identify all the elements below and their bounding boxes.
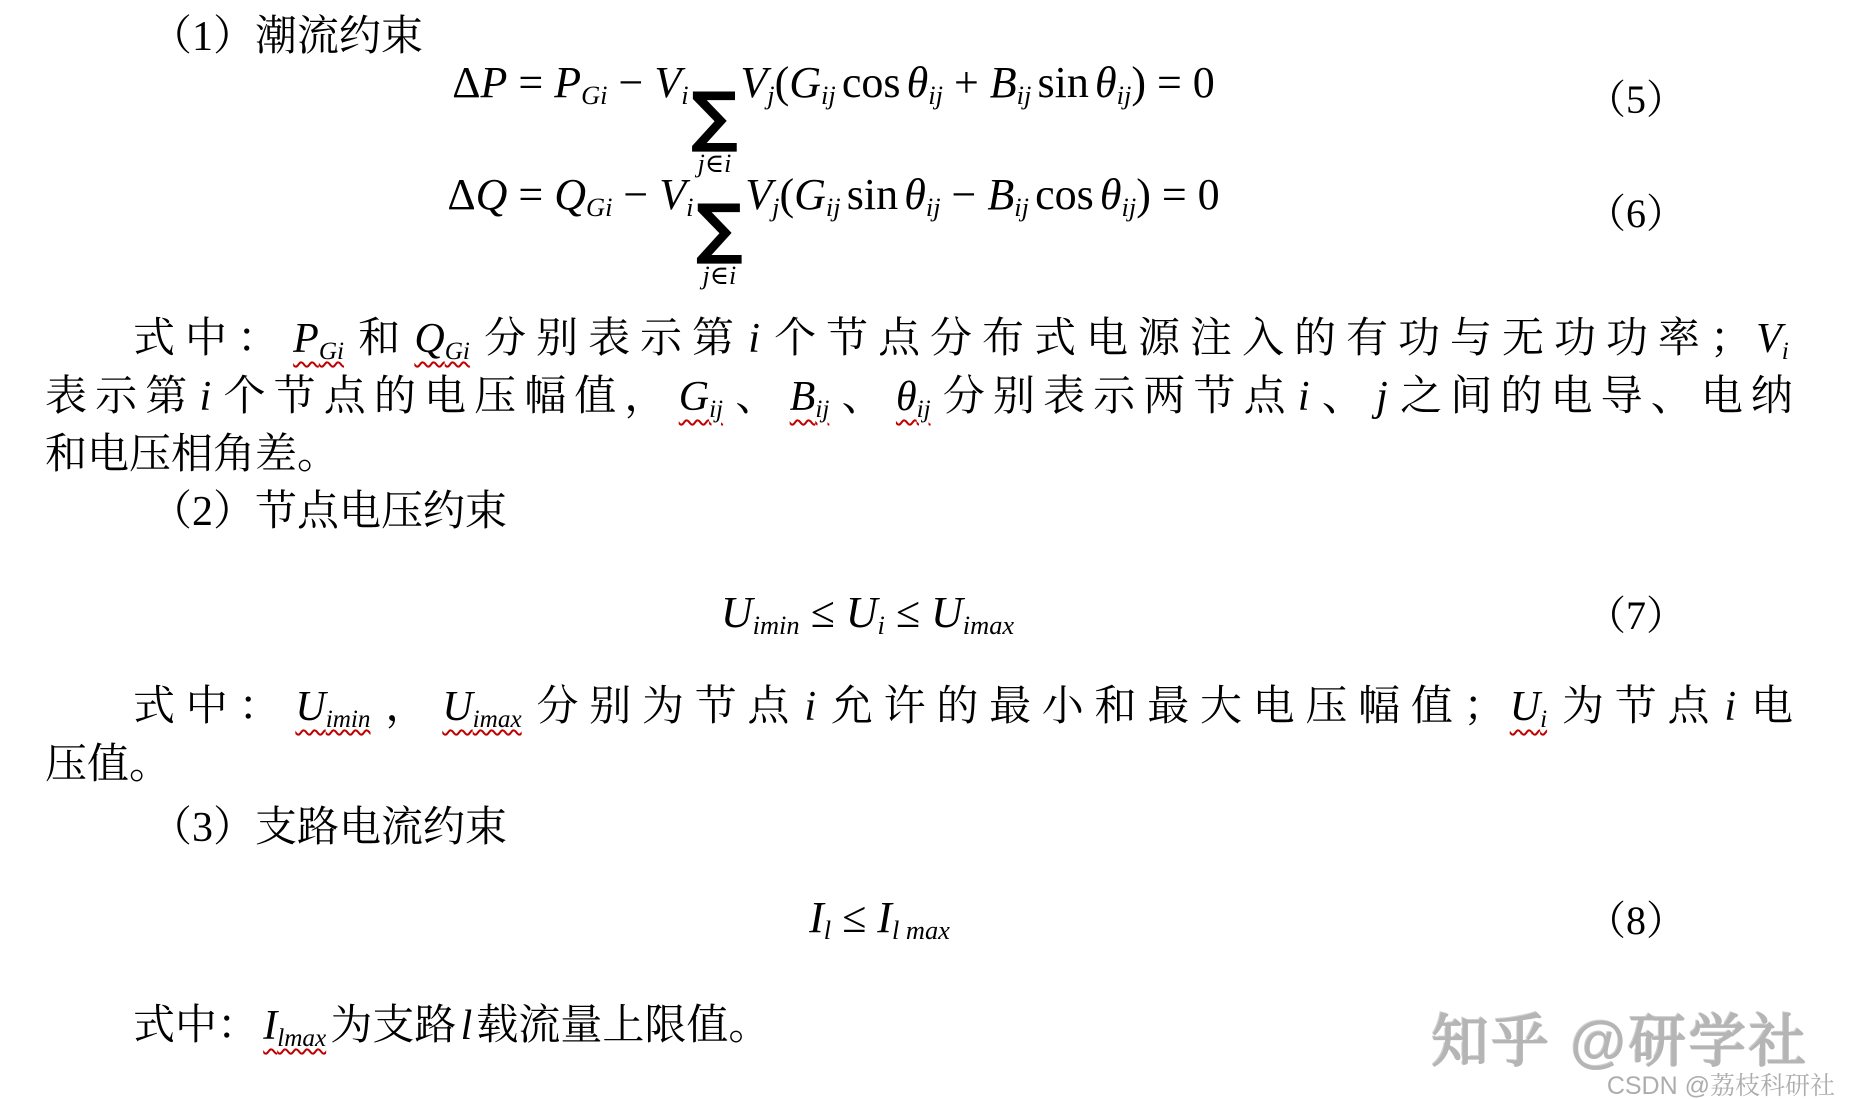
text-run: ) = 0 (1136, 170, 1219, 219)
text-run: − (608, 58, 655, 107)
math-variable: Q (476, 170, 508, 219)
document-page: （1）潮流约束 ΔP = PGi − Vi∑j∈iVj(Gijcosθij + … (0, 0, 1851, 1099)
text-run: ( (779, 170, 794, 219)
text-run: Δ (447, 170, 475, 219)
equation-7-number: （7） (1586, 592, 1686, 640)
math-variable: Uimax (442, 684, 521, 730)
math-variable: θij (1100, 170, 1136, 219)
text-run: 允许的最小和最大电压幅值； (820, 684, 1505, 730)
text-run: − (941, 170, 988, 219)
text-run: 为支路 (330, 1003, 456, 1049)
text-run: 分别表示第 (474, 316, 744, 362)
math-variable: PGi (554, 58, 607, 107)
text-run: 载流量上限值。 (476, 1003, 770, 1049)
equation-row-6: ΔQ = QGi − Vi∑j∈iVj(Gijsinθij − Bijcosθi… (0, 170, 1851, 289)
math-variable: i (1298, 374, 1310, 420)
math-variable: Vi (1756, 316, 1789, 362)
math-variable: Il max (877, 893, 950, 942)
math-variable: Il (809, 893, 831, 942)
summation-symbol: ∑j∈i (696, 199, 743, 289)
text-run: 式中： (133, 316, 289, 362)
text-run: Δ (452, 58, 480, 107)
text-run: 、 (1314, 374, 1372, 420)
paragraph-1-line-2: 表示第i个节点的电压幅值，Gij、Bij、θij分别表示两节点i、j之间的电导、… (45, 371, 1793, 423)
text-run: cos (1035, 170, 1094, 219)
text-run: 表示第 (45, 374, 195, 420)
math-variable: i (200, 374, 212, 420)
math-variable: Vi (654, 58, 688, 107)
text-run: 和 (348, 316, 410, 362)
math-variable: θij (904, 170, 940, 219)
equation-row-7: Uimin ≤ Ui ≤ Uimax (0, 588, 1851, 639)
math-variable: Vj (740, 58, 774, 107)
math-variable: P (481, 58, 508, 107)
text-run: 为节点 (1551, 684, 1720, 730)
text-run: 分别表示两节点 (935, 374, 1294, 420)
math-variable: Uimin (295, 684, 370, 730)
math-variable: Ui (1510, 684, 1547, 730)
math-variable: θij (907, 58, 943, 107)
section-heading-branch-current-constraint: （3）支路电流约束 (150, 803, 507, 853)
text-run: cos (842, 58, 901, 107)
paragraph-1-line-1: 式中：PGi和QGi分别表示第i个节点分布式电源注入的有功与无功功率；Vi (45, 313, 1793, 365)
text-run: sin (847, 170, 898, 219)
equation-7-formula: Uimin ≤ Ui ≤ Uimax (721, 588, 1014, 639)
text-run: 之间的电导、电纳 (1392, 374, 1793, 420)
text-run: ≤ (800, 588, 846, 637)
text-run: 、 (834, 374, 892, 420)
math-variable: i (804, 684, 816, 730)
section-heading-power-flow-constraint: （1）潮流约束 (150, 12, 423, 62)
math-variable: Ilmax (263, 1003, 326, 1049)
math-variable: j (1376, 374, 1388, 420)
math-variable: PGi (293, 316, 344, 362)
equation-6-number: （6） (1586, 190, 1686, 238)
math-variable: Ui (846, 588, 885, 637)
math-variable: Gij (789, 58, 835, 107)
text-run: 个节点的电压幅值， (215, 374, 674, 420)
equation-8-number: （8） (1586, 897, 1686, 945)
math-variable: i (748, 316, 760, 362)
text-run: ≤ (831, 893, 877, 942)
equation-8-formula: Il ≤ Il max (809, 893, 950, 944)
text-run: 个节点分布式电源注入的有功与无功功率； (764, 316, 1752, 362)
math-variable: Gij (794, 170, 840, 219)
math-variable: l (461, 1003, 473, 1049)
text-run: ) = 0 (1131, 58, 1214, 107)
text-run: 和电压相角差。 (45, 432, 339, 478)
math-variable: Gij (679, 374, 723, 420)
math-variable: Vi (659, 170, 693, 219)
section-heading-node-voltage-constraint: （2）节点电压约束 (150, 487, 507, 537)
text-run: ( (775, 58, 790, 107)
text-run: 分别为节点 (526, 684, 800, 730)
text-run: = (507, 58, 554, 107)
equation-5-number: （5） (1586, 76, 1686, 124)
csdn-watermark: CSDN @荔枝科研社 (1607, 1066, 1835, 1099)
math-variable: θij (896, 374, 931, 420)
math-variable: Vj (745, 170, 779, 219)
paragraph-2-line-2: 压值。 (45, 739, 1793, 791)
math-variable: Bij (987, 170, 1029, 219)
paragraph-2-line-1: 式中：Uimin，Uimax分别为节点i允许的最小和最大电压幅值；Ui为节点i电 (45, 681, 1793, 733)
text-run: ≤ (885, 588, 931, 637)
summation-symbol: ∑j∈i (691, 87, 738, 177)
math-variable: i (1724, 684, 1736, 730)
equation-row-8: Il ≤ Il max (0, 893, 1851, 944)
math-variable: QGi (414, 316, 470, 362)
text-run: 、 (727, 374, 785, 420)
text-run: 电 (1740, 684, 1793, 730)
text-run: = (507, 170, 554, 219)
text-run: + (943, 58, 990, 107)
equation-row-5: ΔP = PGi − Vi∑j∈iVj(Gijcosθij + Bijsinθi… (0, 58, 1851, 177)
math-variable: QGi (554, 170, 612, 219)
text-run: sin (1038, 58, 1089, 107)
text-run: 压值。 (45, 742, 171, 788)
math-variable: Uimax (931, 588, 1014, 637)
math-variable: Bij (990, 58, 1032, 107)
equation-6-formula: ΔQ = QGi − Vi∑j∈iVj(Gijsinθij − Bijcosθi… (447, 170, 1219, 289)
text-run: 式中： (133, 1003, 259, 1049)
math-variable: θij (1095, 58, 1131, 107)
equation-5-formula: ΔP = PGi − Vi∑j∈iVj(Gijcosθij + Bijsinθi… (452, 58, 1215, 177)
text-run: ， (375, 684, 438, 730)
math-variable: Uimin (721, 588, 800, 637)
math-variable: Bij (790, 374, 830, 420)
paragraph-1-line-3: 和电压相角差。 (45, 429, 1793, 481)
text-run: 式中： (133, 684, 291, 730)
text-run: − (612, 170, 659, 219)
